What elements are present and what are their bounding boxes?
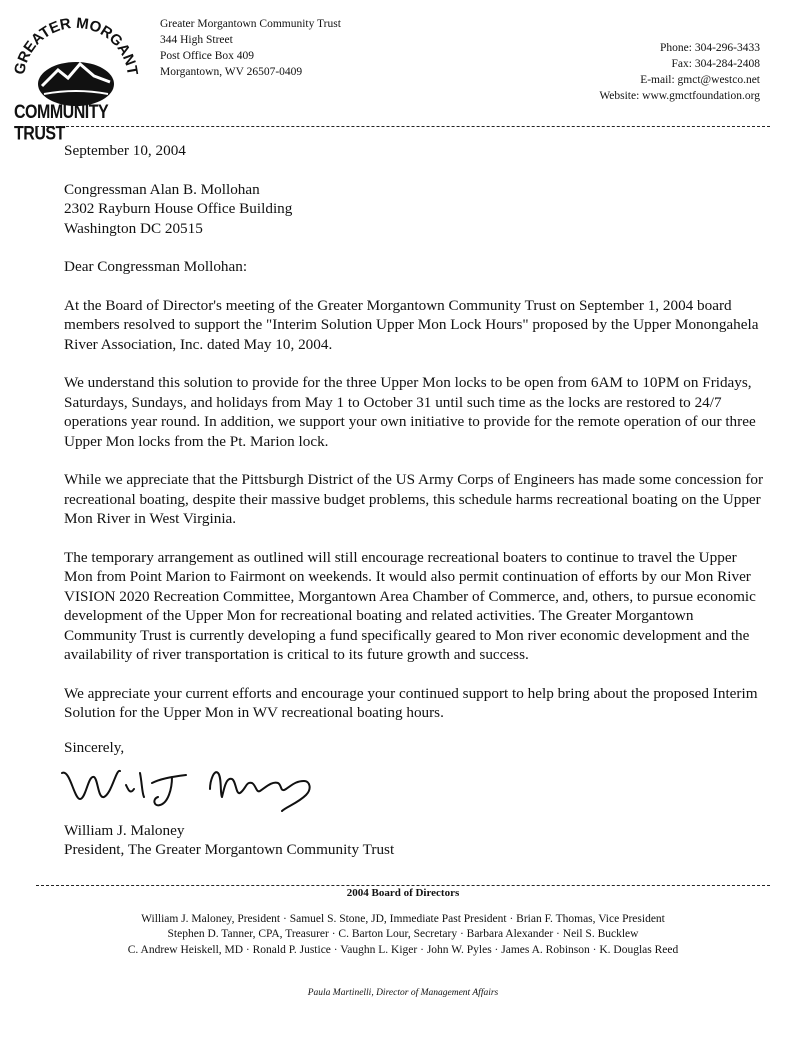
letter-date: September 10, 2004: [64, 141, 764, 161]
paragraph: While we appreciate that the Pittsburgh …: [64, 470, 764, 529]
handwritten-signature-icon: [60, 759, 360, 813]
po-box: Post Office Box 409: [160, 48, 341, 64]
board-members-line: William J. Maloney, President · Samuel S…: [0, 912, 806, 928]
website: Website: www.gmctfoundation.org: [599, 88, 760, 104]
board-title: 2004 Board of Directors: [0, 886, 806, 902]
letterhead-divider: [36, 126, 770, 127]
recipient-address: Congressman Alan B. Mollohan 2302 Raybur…: [64, 180, 764, 239]
board-of-directors: 2004 Board of Directors William J. Malon…: [0, 886, 806, 958]
fax: Fax: 304-284-2408: [599, 56, 760, 72]
board-members-line: Stephen D. Tanner, CPA, Treasurer · C. B…: [0, 927, 806, 943]
signer-title: President, The Greater Morgantown Commun…: [64, 840, 764, 860]
salutation: Dear Congressman Mollohan:: [64, 257, 764, 277]
email: E-mail: gmct@westco.net: [599, 72, 760, 88]
paragraph: At the Board of Director's meeting of th…: [64, 296, 764, 355]
paragraph: We appreciate your current efforts and e…: [64, 684, 764, 723]
paragraph: The temporary arrangement as outlined wi…: [64, 548, 764, 665]
org-name: Greater Morgantown Community Trust: [160, 16, 341, 32]
signature-block: Sincerely, William J. Maloney President,…: [64, 738, 764, 860]
recipient-name: Congressman Alan B. Mollohan: [64, 180, 764, 200]
street-address: 344 High Street: [160, 32, 341, 48]
paragraph: We understand this solution to provide f…: [64, 373, 764, 451]
organization-logo: GREATER MORGANTOWN COMMUNITY TRUST: [10, 8, 140, 126]
organization-contact: Phone: 304-296-3433 Fax: 304-284-2408 E-…: [599, 40, 760, 104]
city-state-zip: Morgantown, WV 26507-0409: [160, 64, 341, 80]
board-members-line: C. Andrew Heiskell, MD · Ronald P. Justi…: [0, 943, 806, 959]
recipient-city: Washington DC 20515: [64, 219, 764, 239]
letter-body: September 10, 2004 Congressman Alan B. M…: [64, 141, 764, 860]
closing: Sincerely,: [64, 738, 764, 758]
signer-name: William J. Maloney: [64, 821, 764, 841]
staff-credit: Paula Martinelli, Director of Management…: [0, 988, 806, 998]
logo-text: COMMUNITY TRUST: [14, 102, 140, 145]
phone: Phone: 304-296-3433: [599, 40, 760, 56]
recipient-street: 2302 Rayburn House Office Building: [64, 199, 764, 219]
organization-address: Greater Morgantown Community Trust 344 H…: [160, 16, 341, 80]
